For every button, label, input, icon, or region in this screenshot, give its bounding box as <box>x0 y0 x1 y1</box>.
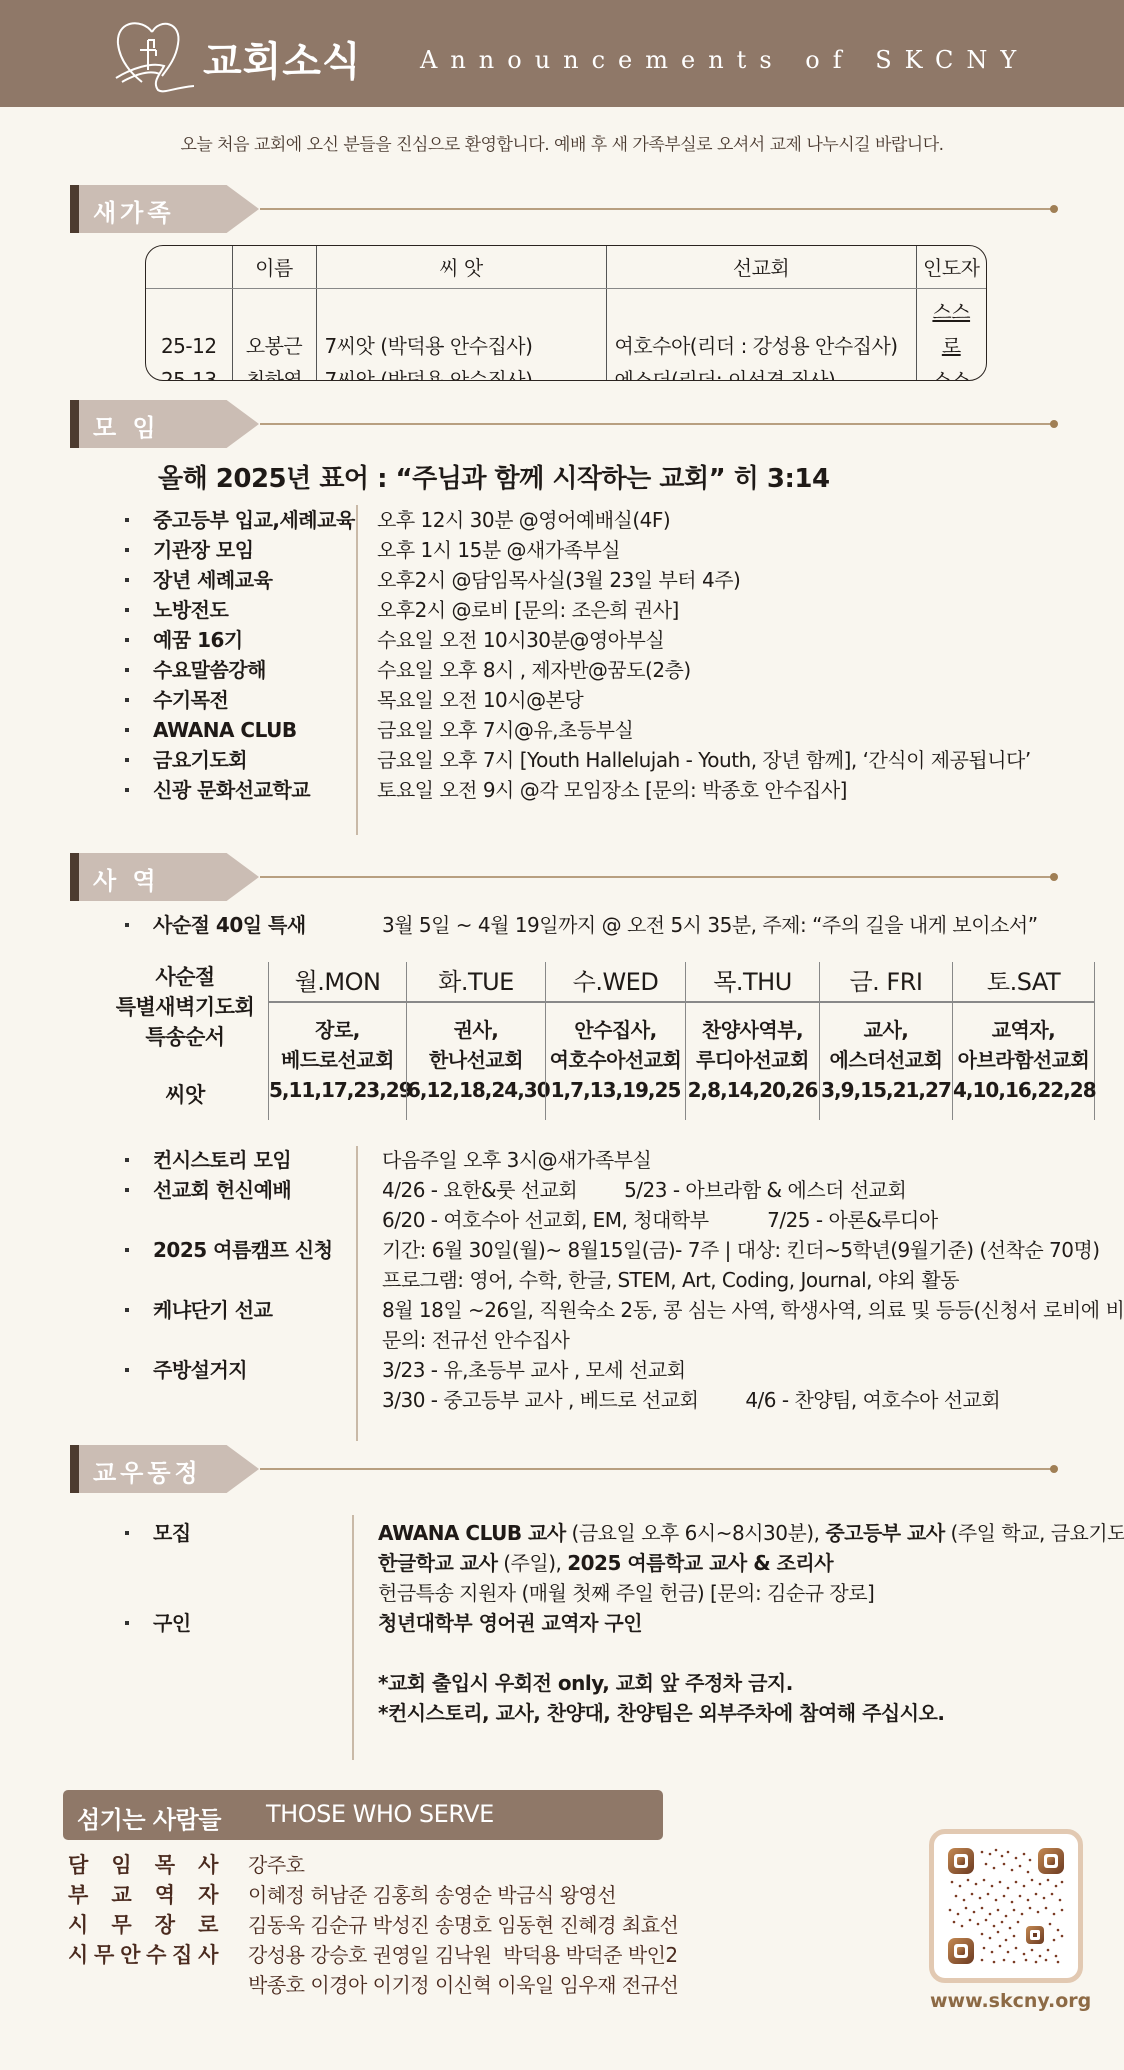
cell-name: 오봉근 <box>232 288 316 363</box>
list-item: 예꿈 16기수요일 오전 10시30분@영아부실 <box>125 625 1105 655</box>
dates: 5,11,17,23,29 <box>269 1075 406 1105</box>
section-heading-ministry: 사 역 <box>70 853 1060 901</box>
item-label: 예꿈 16기 <box>153 625 243 655</box>
bullet-icon <box>125 1621 129 1625</box>
item-label: 케냐단기 선교 <box>153 1295 272 1325</box>
list-item-continuation: 한글학교 교사 (주일), 2025 여름학교 교사 & 조리사 <box>125 1548 1120 1578</box>
item-value: 금요일 오후 7시 [Youth Hallelujah - Youth, 장년 … <box>377 745 1031 775</box>
qr-code[interactable] <box>929 1829 1083 1983</box>
day-column-sat: 토.SAT 교역자, 아브라함선교회 4,10,16,22,28 <box>952 962 1095 1120</box>
item-value: 8월 18일 ~26일, 직원숙소 2동, 콩 심는 사역, 학생사역, 의료 … <box>382 1295 1124 1325</box>
dates: 3,9,15,21,27 <box>820 1075 952 1105</box>
list-item-continuation: 문의: 전규선 안수집사 <box>125 1325 1120 1355</box>
serve-heading: 섬기는 사람들 THOSE WHO SERVE <box>63 1790 663 1840</box>
group-line2: 아브라함선교회 <box>953 1045 1094 1075</box>
group-line1: 교사, <box>820 1015 952 1045</box>
bullet-icon <box>125 698 129 702</box>
serve-names: 강성용 강승호 권영일 김낙원 박덕용 박덕준 박인2 <box>248 1940 678 1970</box>
side-label: 특별새벽기도회 <box>110 992 260 1022</box>
bullet-icon <box>125 1531 129 1535</box>
item-value: 3/23 - 유,초등부 교사 , 모세 선교회 <box>382 1355 686 1385</box>
list-item-continuation: 3/30 - 중고등부 교사 , 베드로 선교회 4/6 - 찬양팀, 여호수아… <box>125 1385 1120 1415</box>
section-heading-new-family: 새가족 <box>70 185 1060 233</box>
item-value: 4/26 - 요한&룻 선교회 5/23 - 아브라함 & 에스더 선교회 <box>382 1175 906 1205</box>
group-line2: 루디아선교회 <box>686 1045 819 1075</box>
page-header: 교회소식 Announcements of SKCNY <box>0 0 1124 107</box>
item-label: AWANA CLUB <box>153 715 297 745</box>
col-header-number <box>146 246 232 288</box>
item-value: 오후 12시 30분 @영어예배실(4F) <box>377 505 670 535</box>
item-value: 문의: 전규선 안수집사 <box>382 1325 569 1355</box>
bullet-icon <box>125 728 129 732</box>
item-value: 수요일 오후 8시 , 제자반@꿈도(2층) <box>377 655 691 685</box>
item-label: 선교회 헌신예배 <box>153 1175 291 1205</box>
item-label: 신광 문화선교학교 <box>153 775 310 805</box>
item-value: 오후2시 @담임목사실(3월 23일 부터 4주) <box>377 565 740 595</box>
list-item: 주방설거지3/23 - 유,초등부 교사 , 모세 선교회 <box>125 1355 1120 1385</box>
divider-dot-icon <box>1050 205 1058 213</box>
col-header-name: 이름 <box>232 246 316 288</box>
group-line2: 여호수아선교회 <box>546 1045 685 1075</box>
item-value: 목요일 오전 10시@본당 <box>377 685 583 715</box>
list-item: 사순절 40일 특새3월 5일 ~ 4월 19일까지 @ 오전 5시 35분, … <box>125 910 1105 940</box>
item-value: 한글학교 교사 (주일), 2025 여름학교 교사 & 조리사 <box>378 1548 833 1578</box>
divider <box>260 1468 1052 1470</box>
item-label: 수요말씀강해 <box>153 655 266 685</box>
divider <box>260 423 1052 425</box>
cell-seed: 7씨앗 (박덕용 안수집사) <box>316 288 606 363</box>
list-item: 수요말씀강해수요일 오후 8시 , 제자반@꿈도(2층) <box>125 655 1105 685</box>
serve-role: 부교역자 <box>68 1880 218 1910</box>
list-item-continuation: 프로그램: 영어, 수학, 한글, STEM, Art, Coding, Jou… <box>125 1265 1120 1295</box>
notice-text: *교회 출입시 우회전 only, 교회 앞 주정차 금지. <box>378 1668 793 1698</box>
divider-dot-icon <box>1050 420 1058 428</box>
list-item: 구인 청년대학부 영어권 교역자 구인 <box>125 1608 1120 1638</box>
section-title: 교우동정 <box>93 1453 202 1488</box>
table-header-row: 이름 씨 앗 선교회 인도자 <box>146 246 986 288</box>
annual-motto: 올해 2025년 표어 : “주님과 함께 시작하는 교회” 히 3:14 <box>158 458 830 495</box>
section-title: 모 임 <box>93 408 160 443</box>
item-value: 3/30 - 중고등부 교사 , 베드로 선교회 4/6 - 찬양팀, 여호수아… <box>382 1385 1000 1415</box>
item-value: 3월 5일 ~ 4월 19일까지 @ 오전 5시 35분, 주제: “주의 길을… <box>382 910 1038 940</box>
list-item: 수기목전목요일 오전 10시@본당 <box>125 685 1105 715</box>
dates: 1,7,13,19,25 <box>546 1075 685 1105</box>
bullet-icon <box>125 1248 129 1252</box>
item-label: 주방설거지 <box>153 1355 247 1385</box>
bullet-icon <box>125 548 129 552</box>
notice-text: *컨시스토리, 교사, 찬양대, 찬양팀은 외부주차에 참여해 주십시오. <box>378 1698 944 1728</box>
item-value: 청년대학부 영어권 교역자 구인 <box>378 1608 642 1638</box>
item-value: 오후2시 @로비 [문의: 조은희 권사] <box>377 595 679 625</box>
heart-cross-logo-icon <box>112 18 194 94</box>
header-title-en: Announcements of SKCNY <box>420 46 1029 74</box>
website-link[interactable]: www.skcny.org <box>930 1990 1084 2012</box>
col-header-seed: 씨 앗 <box>316 246 606 288</box>
item-label: 노방전도 <box>153 595 228 625</box>
side-label: 사순절 <box>110 962 260 992</box>
group-line1: 안수집사, <box>546 1015 685 1045</box>
serve-names: 이혜정 허남준 김홍희 송영순 박금식 왕영선 <box>248 1880 616 1910</box>
group-line1: 교역자, <box>953 1015 1094 1045</box>
bullet-icon <box>125 1158 129 1162</box>
welcome-message: 오늘 처음 교회에 오신 분들을 진심으로 환영합니다. 예배 후 새 가족부실… <box>0 130 1124 155</box>
day-header: 수.WED <box>546 962 685 1003</box>
guide-text: 스스로 <box>932 368 970 382</box>
divider <box>260 208 1052 210</box>
lent-intro: 사순절 40일 특새3월 5일 ~ 4월 19일까지 @ 오전 5시 35분, … <box>125 910 1105 940</box>
qr-code-icon <box>946 1846 1066 1966</box>
serve-names: 김동욱 김순규 박성진 송명호 임동현 진혜경 최효선 <box>248 1910 678 1940</box>
list-item: 노방전도오후2시 @로비 [문의: 조은희 권사] <box>125 595 1105 625</box>
group-line1: 권사, <box>407 1015 545 1045</box>
cell-seed: 7씨앗 (박덕용 안수집사) <box>316 363 606 382</box>
item-value: 오후 1시 15분 @새가족부실 <box>377 535 620 565</box>
item-value: 기간: 6월 30일(월)~ 8월15일(금)- 7주 | 대상: 킨더~5학년… <box>382 1235 1100 1265</box>
list-item: 기관장 모임오후 1시 15분 @새가족부실 <box>125 535 1105 565</box>
bullet-icon <box>125 668 129 672</box>
day-header: 목.THU <box>686 962 819 1003</box>
serve-title-ko: 섬기는 사람들 <box>77 1800 221 1835</box>
bullet-icon <box>125 758 129 762</box>
bullet-icon <box>125 788 129 792</box>
item-label: 2025 여름캠프 신청 <box>153 1235 333 1265</box>
ministry-list: 컨시스토리 모임다음주일 오후 3시@새가족부실 선교회 헌신예배4/26 - … <box>125 1145 1120 1415</box>
col-header-guide: 인도자 <box>916 246 986 288</box>
list-item: 2025 여름캠프 신청기간: 6월 30일(월)~ 8월15일(금)- 7주 … <box>125 1235 1120 1265</box>
fellowship-list: 모집 AWANA CLUB 교사 (금요일 오후 6시~8시30분), 중고등부… <box>125 1518 1120 1728</box>
item-label: 구인 <box>153 1608 191 1638</box>
dates: 2,8,14,20,26 <box>686 1075 819 1105</box>
item-value: AWANA CLUB 교사 (금요일 오후 6시~8시30분), 중고등부 교사… <box>378 1518 1124 1548</box>
dates: 4,10,16,22,28 <box>953 1075 1094 1105</box>
col-header-mission: 선교회 <box>606 246 916 288</box>
section-heading-meetings: 모 임 <box>70 400 1060 448</box>
cell-number: 25-13 <box>146 363 232 382</box>
cell-name: 최하영 <box>232 363 316 382</box>
item-value: 6/20 - 여호수아 선교회, EM, 청대학부 7/25 - 아론&루디아 <box>382 1205 938 1235</box>
bullet-icon <box>125 638 129 642</box>
list-item-continuation: 6/20 - 여호수아 선교회, EM, 청대학부 7/25 - 아론&루디아 <box>125 1205 1120 1235</box>
day-column-wed: 수.WED 안수집사, 여호수아선교회 1,7,13,19,25 <box>545 962 685 1120</box>
item-value: 수요일 오전 10시30분@영아부실 <box>377 625 664 655</box>
day-header: 토.SAT <box>953 962 1094 1003</box>
bullet-icon <box>125 923 129 927</box>
serve-title-en: THOSE WHO SERVE <box>266 1800 494 1828</box>
cell-number: 25-12 <box>146 288 232 363</box>
header-title-ko: 교회소식 <box>203 30 362 87</box>
list-item: 장년 세례교육오후2시 @담임목사실(3월 23일 부터 4주) <box>125 565 1105 595</box>
item-label: 컨시스토리 모임 <box>153 1145 291 1175</box>
side-label: 씨앗 <box>110 1080 260 1110</box>
list-item: 중고등부 입교,세례교육오후 12시 30분 @영어예배실(4F) <box>125 505 1105 535</box>
list-item: AWANA CLUB금요일 오후 7시@유,초등부실 <box>125 715 1105 745</box>
bullet-icon <box>125 1308 129 1312</box>
meetings-list: 중고등부 입교,세례교육오후 12시 30분 @영어예배실(4F) 기관장 모임… <box>125 505 1105 805</box>
spacer <box>125 1638 1120 1668</box>
day-column-mon: 월.MON 장로, 베드로선교회 5,11,17,23,29 <box>268 962 406 1120</box>
list-item: 모집 AWANA CLUB 교사 (금요일 오후 6시~8시30분), 중고등부… <box>125 1518 1120 1548</box>
section-heading-fellowship: 교우동정 <box>70 1445 1060 1493</box>
item-value: 프로그램: 영어, 수학, 한글, STEM, Art, Coding, Jou… <box>382 1265 959 1295</box>
notice: *컨시스토리, 교사, 찬양대, 찬양팀은 외부주차에 참여해 주십시오. <box>125 1698 1120 1728</box>
item-value: 금요일 오후 7시@유,초등부실 <box>377 715 633 745</box>
item-value: 헌금특송 지원자 (매월 첫째 주일 헌금) [문의: 김순규 장로] <box>378 1578 874 1608</box>
divider-dot-icon <box>1050 873 1058 881</box>
list-item: 신광 문화선교학교토요일 오전 9시 @각 모임장소 [문의: 박종호 안수집사… <box>125 775 1105 805</box>
day-column-tue: 화.TUE 권사, 한나선교회 6,12,18,24,30 <box>406 962 545 1120</box>
serve-role: 시무안수집사 <box>68 1940 218 1970</box>
day-column-fri: 금. FRI 교사, 에스더선교회 3,9,15,21,27 <box>819 962 952 1120</box>
serve-names: 강주호 <box>248 1850 304 1880</box>
day-header: 월.MON <box>269 962 406 1003</box>
list-item: 선교회 헌신예배4/26 - 요한&룻 선교회 5/23 - 아브라함 & 에스… <box>125 1175 1120 1205</box>
item-label: 기관장 모임 <box>153 535 254 565</box>
guide-text: 스스로 <box>932 300 970 358</box>
serve-role: 시무장로 <box>68 1910 218 1940</box>
list-item: 컨시스토리 모임다음주일 오후 3시@새가족부실 <box>125 1145 1120 1175</box>
bullet-icon <box>125 1368 129 1372</box>
item-value: 토요일 오전 9시 @각 모임장소 [문의: 박종호 안수집사] <box>377 775 847 805</box>
day-header: 금. FRI <box>820 962 952 1003</box>
table-row: 25-13 최하영 7씨앗 (박덕용 안수집사) 에스더(리더: 이선경 집사)… <box>146 363 986 382</box>
group-line2: 베드로선교회 <box>269 1045 406 1075</box>
dates: 6,12,18,24,30 <box>407 1075 545 1105</box>
table-row: 25-12 오봉근 7씨앗 (박덕용 안수집사) 여호수아(리더 : 강성용 안… <box>146 288 986 363</box>
item-label: 사순절 40일 특새 <box>153 910 306 940</box>
day-header: 화.TUE <box>407 962 545 1003</box>
list-item-continuation: 헌금특송 지원자 (매월 첫째 주일 헌금) [문의: 김순규 장로] <box>125 1578 1120 1608</box>
item-label: 중고등부 입교,세례교육 <box>153 505 355 535</box>
item-label: 모집 <box>153 1518 191 1548</box>
group-line2: 에스더선교회 <box>820 1045 952 1075</box>
item-value: 다음주일 오후 3시@새가족부실 <box>382 1145 651 1175</box>
group-line1: 장로, <box>269 1015 406 1045</box>
group-line1: 찬양사역부, <box>686 1015 819 1045</box>
cell-mission: 여호수아(리더 : 강성용 안수집사) <box>606 288 916 363</box>
divider <box>260 876 1052 878</box>
list-item: 금요기도회금요일 오후 7시 [Youth Hallelujah - Youth… <box>125 745 1105 775</box>
cell-mission: 에스더(리더: 이선경 집사) <box>606 363 916 382</box>
new-family-table: 이름 씨 앗 선교회 인도자 25-12 오봉근 7씨앗 (박덕용 안수집사) … <box>145 245 987 381</box>
section-title: 사 역 <box>93 861 160 896</box>
divider-dot-icon <box>1050 1465 1058 1473</box>
serve-names: 박종호 이경아 이기정 이신혁 이욱일 임우재 전규선 <box>248 1970 678 2000</box>
day-column-thu: 목.THU 찬양사역부, 루디아선교회 2,8,14,20,26 <box>685 962 819 1120</box>
cell-guide: 스스로 <box>916 363 986 382</box>
bullet-icon <box>125 608 129 612</box>
section-title: 새가족 <box>93 193 175 228</box>
bullet-icon <box>125 1188 129 1192</box>
bullet-icon <box>125 518 129 522</box>
item-label: 수기목전 <box>153 685 228 715</box>
serve-role: 담임목사 <box>68 1850 218 1880</box>
bullet-icon <box>125 578 129 582</box>
item-label: 금요기도회 <box>153 745 247 775</box>
cell-guide: 스스로 <box>916 288 986 363</box>
item-label: 장년 세례교육 <box>153 565 272 595</box>
list-item: 케냐단기 선교8월 18일 ~26일, 직원숙소 2동, 콩 심는 사역, 학생… <box>125 1295 1120 1325</box>
lent-schedule-table: 사순절 특별새벽기도회 특송순서 씨앗 월.MON 장로, 베드로선교회 5,1… <box>110 962 1095 1122</box>
group-line2: 한나선교회 <box>407 1045 545 1075</box>
side-label: 특송순서 <box>110 1022 260 1052</box>
notice: *교회 출입시 우회전 only, 교회 앞 주정차 금지. <box>125 1668 1120 1698</box>
